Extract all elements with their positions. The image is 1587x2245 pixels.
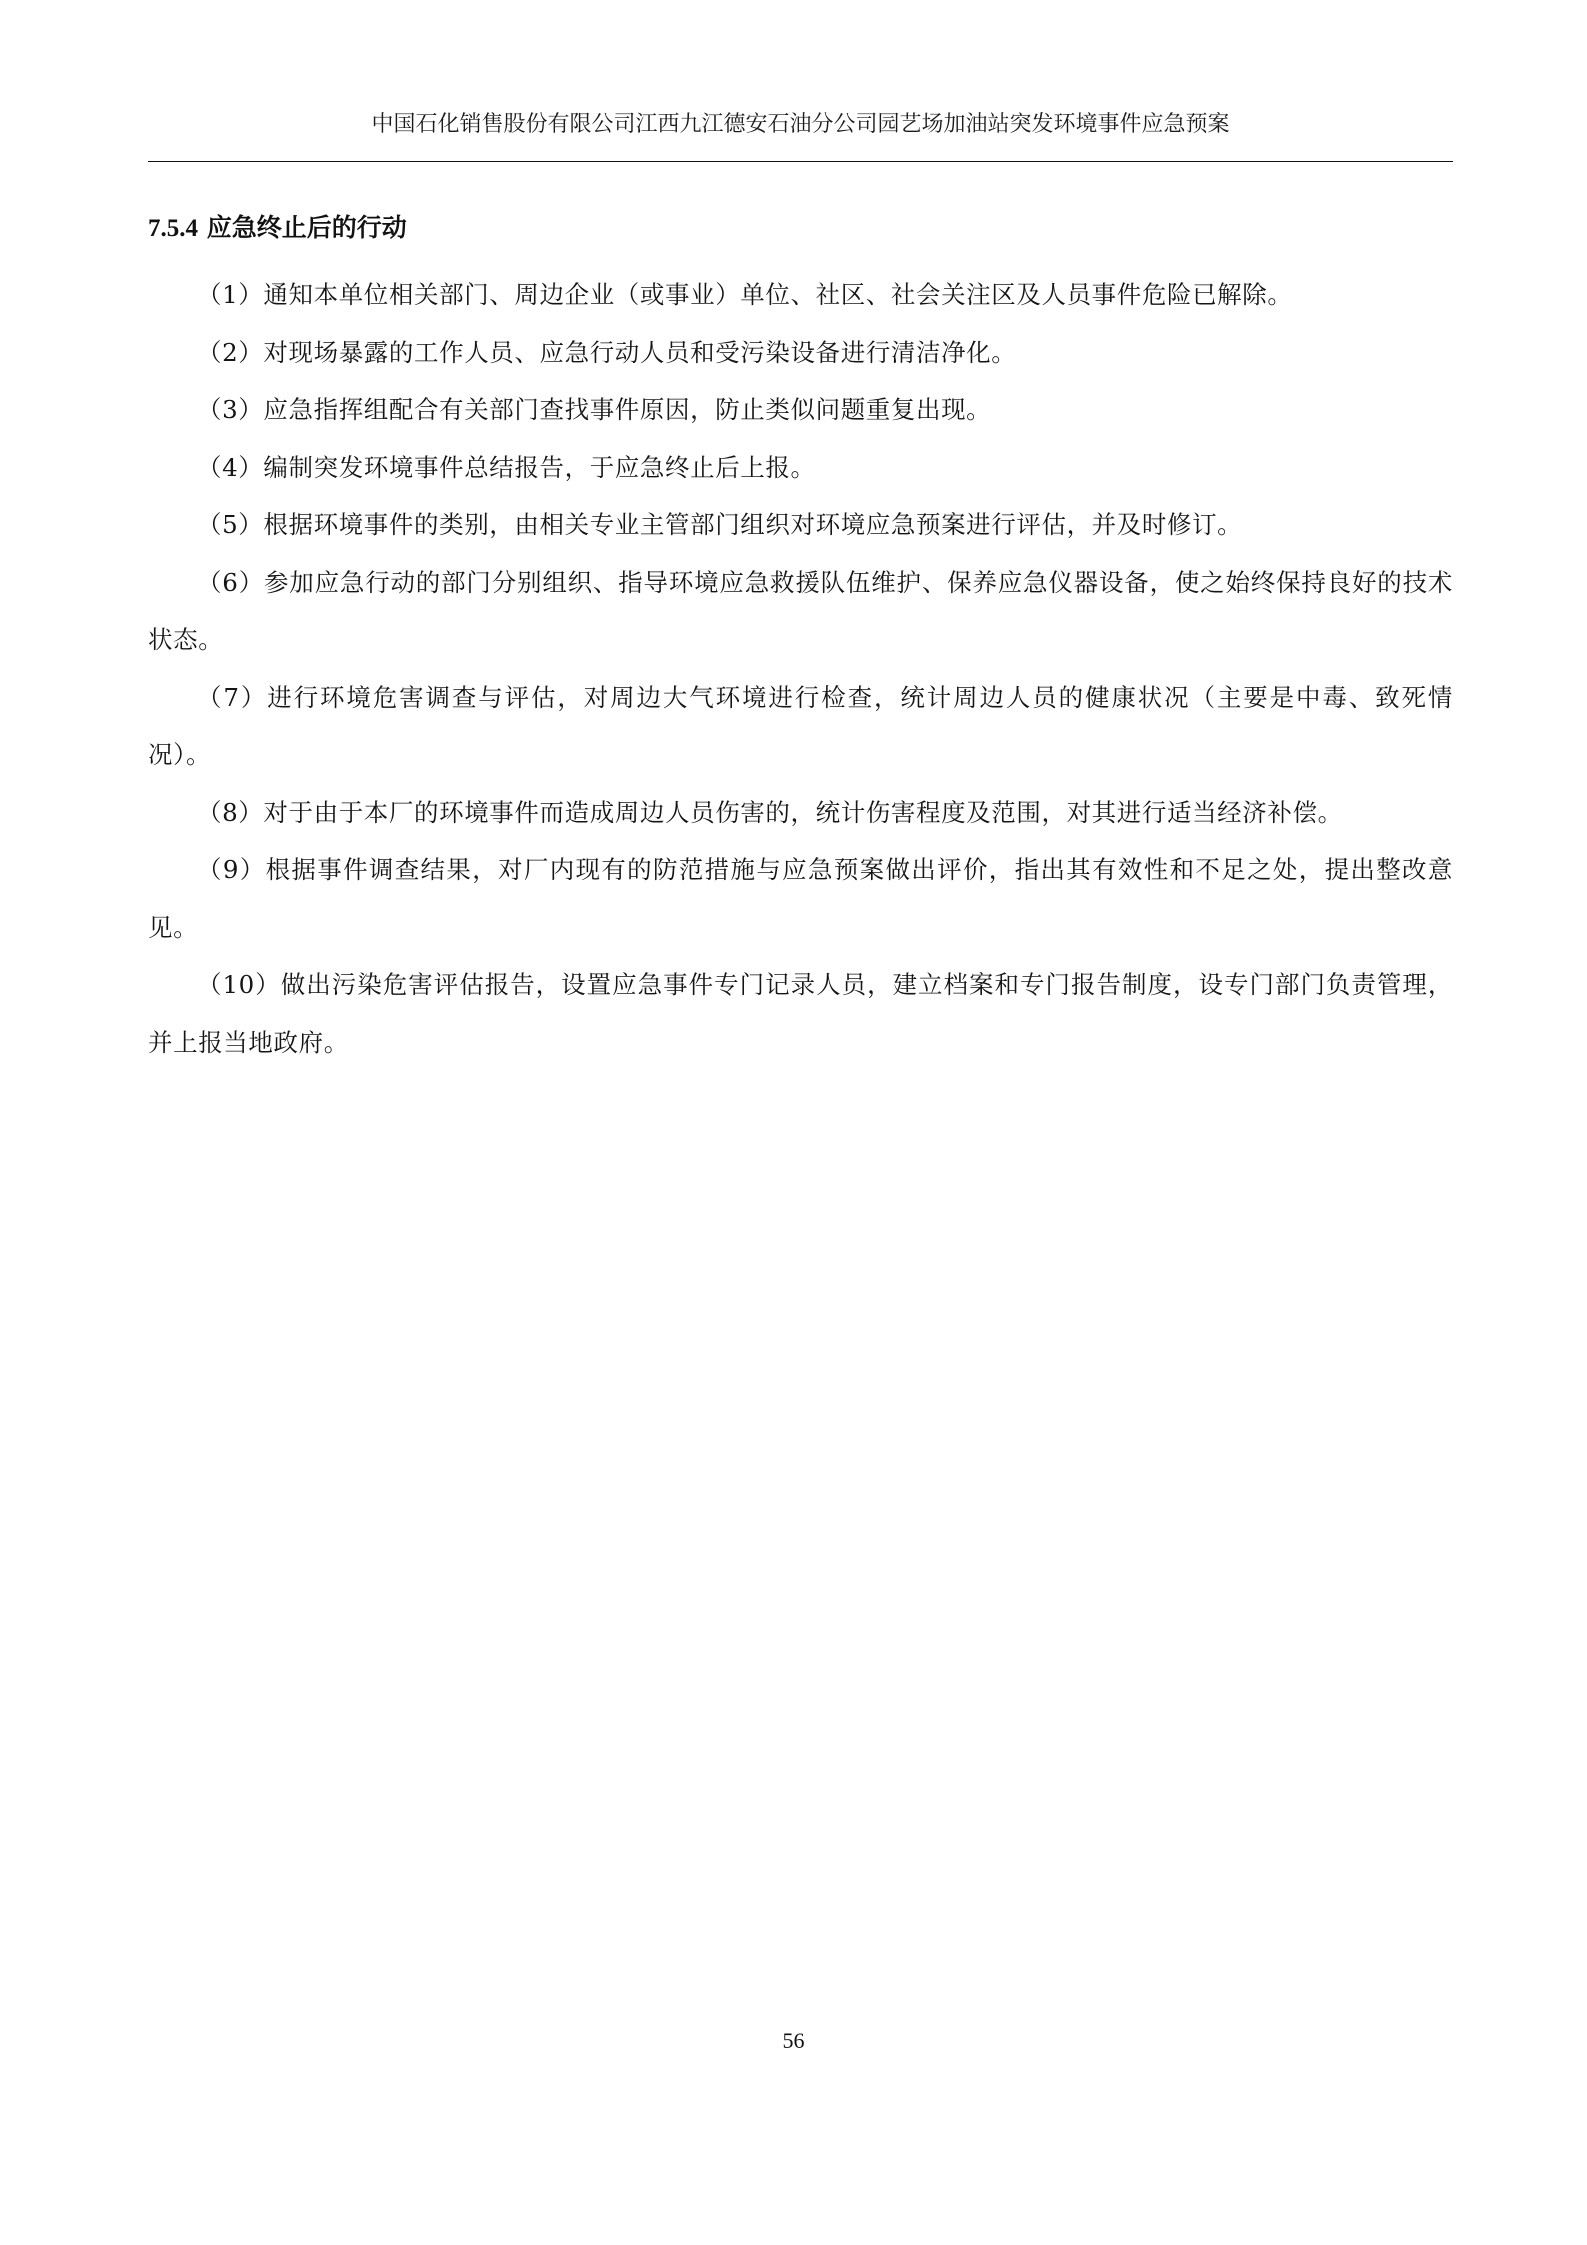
list-item-2: （2）对现场暴露的工作人员、应急行动人员和受污染设备进行清洁净化。 (148, 324, 1453, 382)
list-item-5: （5）根据环境事件的类别，由相关专业主管部门组织对环境应急预案进行评估，并及时修… (148, 496, 1453, 554)
item-label: （2） (197, 338, 263, 367)
list-item-1: （1）通知本单位相关部门、周边企业（或事业）单位、社区、社会关注区及人员事件危险… (148, 266, 1453, 324)
header-divider (148, 161, 1453, 162)
list-item-6: （6）参加应急行动的部门分别组织、指导环境应急救援队伍维护、保养应急仪器设备，使… (148, 554, 1453, 669)
list-item-4: （4）编制突发环境事件总结报告，于应急终止后上报。 (148, 439, 1453, 497)
item-label: （5） (197, 510, 263, 539)
item-text: 参加应急行动的部门分别组织、指导环境应急救援队伍维护、保养应急仪器设备，使之始终… (148, 568, 1453, 655)
section-number: 7.5.4 (148, 215, 198, 242)
item-text: 对现场暴露的工作人员、应急行动人员和受污染设备进行清洁净化。 (263, 338, 1016, 367)
list-item-8: （8）对于由于本厂的环境事件而造成周边人员伤害的，统计伤害程度及范围，对其进行适… (148, 784, 1453, 842)
item-text: 对于由于本厂的环境事件而造成周边人员伤害的，统计伤害程度及范围，对其进行适当经济… (263, 798, 1342, 827)
item-label: （9） (197, 855, 266, 884)
item-text: 做出污染危害评估报告，设置应急事件专门记录人员，建立档案和专门报告制度，设专门部… (148, 970, 1453, 1057)
item-text: 根据事件调查结果，对厂内现有的防范措施与应急预案做出评价，指出其有效性和不足之处… (148, 855, 1453, 942)
item-label: （4） (197, 453, 263, 482)
page-header-title: 中国石化销售股份有限公司江西九江德安石油分公司园艺场加油站突发环境事件应急预案 (148, 108, 1453, 142)
item-text: 通知本单位相关部门、周边企业（或事业）单位、社区、社会关注区及人员事件危险已解除… (263, 280, 1292, 309)
item-text: 应急指挥组配合有关部门查找事件原因，防止类似问题重复出现。 (263, 395, 991, 424)
item-text: 编制突发环境事件总结报告，于应急终止后上报。 (263, 453, 815, 482)
item-label: （3） (197, 395, 263, 424)
list-item-10: （10）做出污染危害评估报告，设置应急事件专门记录人员，建立档案和专门报告制度，… (148, 956, 1453, 1071)
item-label: （1） (197, 280, 263, 309)
list-item-3: （3）应急指挥组配合有关部门查找事件原因，防止类似问题重复出现。 (148, 381, 1453, 439)
item-label: （7） (197, 683, 267, 712)
item-text: 进行环境危害调查与评估，对周边大气环境进行检查，统计周边人员的健康状况（主要是中… (148, 683, 1453, 770)
item-text: 根据环境事件的类别，由相关专业主管部门组织对环境应急预案进行评估，并及时修订。 (263, 510, 1242, 539)
section-title: 应急终止后的行动 (207, 213, 407, 242)
document-body: 7.5.4 应急终止后的行动 （1）通知本单位相关部门、周边企业（或事业）单位、… (148, 208, 1453, 1071)
page-number: 56 (0, 2026, 1587, 2056)
section-heading: 7.5.4 应急终止后的行动 (148, 208, 1453, 249)
list-item-9: （9）根据事件调查结果，对厂内现有的防范措施与应急预案做出评价，指出其有效性和不… (148, 841, 1453, 956)
list-item-7: （7）进行环境危害调查与评估，对周边大气环境进行检查，统计周边人员的健康状况（主… (148, 669, 1453, 784)
item-label: （8） (197, 798, 263, 827)
item-label: （10） (197, 970, 281, 999)
item-label: （6） (197, 568, 264, 597)
